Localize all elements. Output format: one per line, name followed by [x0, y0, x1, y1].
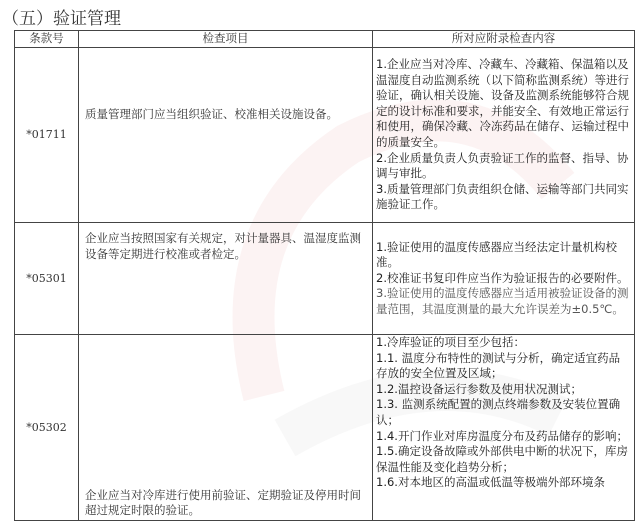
content-line: 1.6.对本地区的高温或低温等极端外部环境条: [376, 475, 630, 491]
table-row: *05302 企业应当对冷库进行使用前验证、定期验证及停用时间超过规定时限的验证…: [15, 335, 635, 521]
content-line: 1.1. 温度分布特性的测试与分析，确定适宜药品存放的安全位置及区域；: [376, 351, 630, 382]
clause-code: *05302: [15, 335, 79, 521]
content-line: 1.2.温控设备运行参数及使用状况测试；: [376, 382, 630, 398]
table-header-row: 条款号 检查项目 所对应附录检查内容: [15, 31, 635, 48]
clause-code: *05301: [15, 223, 79, 335]
content-line: 1.验证使用的温度传感器应当经法定计量机构校准。: [376, 240, 630, 271]
content-line: 3.验证使用的温度传感器应当适用被验证设备的测量范围，其温度测量的最大允许误差为…: [376, 286, 630, 317]
appendix-content: 1.冷库验证的项目至少包括： 1.1. 温度分布特性的测试与分析，确定适宜药品存…: [373, 335, 635, 521]
content-line: 3.质量管理部门负责组织仓储、运输等部门共同实施验证工作。: [376, 182, 630, 213]
appendix-content: 1.验证使用的温度传感器应当经法定计量机构校准。 2.校准证书复印件应当作为验证…: [373, 223, 635, 335]
inspection-item: 企业应当按照国家有关规定，对计量器具、温湿度监测设备等定期进行校准或者检定。: [79, 223, 373, 335]
header-appendix-content: 所对应附录检查内容: [373, 31, 635, 48]
table-row: *01711 质量管理部门应当组织验证、校准相关设施设备。 1.企业应当对冷库、…: [15, 48, 635, 223]
inspection-item: 企业应当对冷库进行使用前验证、定期验证及停用时间超过规定时限的验证。: [79, 335, 373, 521]
header-inspection-item: 检查项目: [79, 31, 373, 48]
content-line: 2.企业质量负责人负责验证工作的监督、指导、协调与审批。: [376, 151, 630, 182]
verification-table: 条款号 检查项目 所对应附录检查内容 *01711 质量管理部门应当组织验证、校…: [14, 30, 635, 521]
table-row: *05301 企业应当按照国家有关规定，对计量器具、温湿度监测设备等定期进行校准…: [15, 223, 635, 335]
content-line: 1.3. 监测系统配置的测点终端参数及安装位置确认；: [376, 397, 630, 428]
content-line: 2.校准证书复印件应当作为验证报告的必要附件。: [376, 271, 630, 287]
header-clause-number: 条款号: [15, 31, 79, 48]
inspection-item: 质量管理部门应当组织验证、校准相关设施设备。: [79, 48, 373, 223]
content-line: 1.5.确定设备故障或外部供电中断的状况下，库房保温性能及变化趋势分析；: [376, 444, 630, 475]
content-line: 1.冷库验证的项目至少包括：: [376, 335, 630, 351]
section-title: （五）验证管理: [2, 4, 121, 29]
content-line: 1.4.开门作业对库房温度分布及药品储存的影响；: [376, 429, 630, 445]
appendix-content: 1.企业应当对冷库、冷藏车、冷藏箱、保温箱以及温湿度自动监测系统（以下简称监测系…: [373, 48, 635, 223]
content-line: 1.企业应当对冷库、冷藏车、冷藏箱、保温箱以及温湿度自动监测系统（以下简称监测系…: [376, 57, 630, 151]
clause-code: *01711: [15, 48, 79, 223]
